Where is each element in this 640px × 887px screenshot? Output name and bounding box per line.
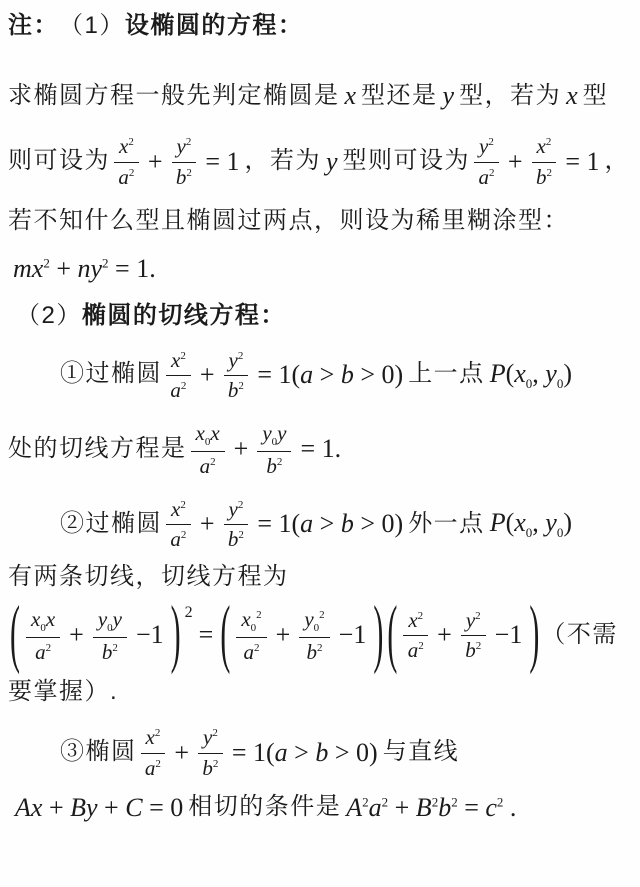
math-char: 1	[353, 620, 366, 649]
superscript: 2	[277, 456, 283, 468]
math-run: Ax + By + C = 0	[15, 790, 183, 825]
math-char: c	[485, 793, 497, 822]
math-run: =	[199, 617, 214, 652]
math-char: y	[479, 134, 488, 158]
denominator: b2	[99, 638, 121, 664]
math-char: +	[148, 147, 163, 176]
fraction: x0xa2	[191, 420, 225, 478]
math-char: −	[339, 620, 354, 649]
fraction: x02a2	[236, 606, 266, 664]
formula-tangency-condition: Ax + By + C = 0相切的条件是A2a2 + B2b2 = c2 .	[8, 790, 636, 825]
denominator: a2	[167, 376, 189, 402]
math-char: =	[257, 509, 272, 538]
math-char: .	[510, 793, 517, 822]
page: 注：（1）设椭圆的方程：求椭圆方程一般先判定椭圆是x型还是y型，若为x型则可设为…	[0, 0, 640, 887]
text-run: 相切的条件是	[188, 791, 341, 823]
math-char: (	[292, 360, 301, 389]
text-run: 处的切线方程是	[8, 433, 187, 465]
para-unknown-type: 若不知什么型且椭圆过两点，则设为稀里糊涂型：	[8, 205, 636, 237]
paren-group: (x02a2+y02b2−1)	[218, 606, 385, 664]
fraction: x2a2	[403, 607, 428, 662]
math-char: >	[360, 509, 375, 538]
numerator: y2	[461, 607, 486, 636]
fraction: y2b2	[224, 496, 249, 551]
math-char: x	[210, 421, 219, 445]
denominator: b2	[225, 525, 247, 551]
math-char: )	[395, 360, 404, 389]
math-char: x	[537, 134, 546, 158]
superscript: 2	[181, 529, 187, 541]
formula-tangent-pair: (x0xa2+y0yb2−1)2=(x02a2+y02b2−1)(x2a2+y2…	[8, 596, 636, 674]
paren-group: (x0xa2+y0yb2−1)2	[8, 606, 194, 664]
math-char: b	[228, 378, 239, 402]
math-run: +	[148, 144, 163, 179]
denominator: b2	[199, 754, 221, 780]
math-char: 1	[509, 620, 522, 649]
math-char: 1	[587, 147, 600, 176]
math-run: mx2 + ny2 = 1.	[13, 251, 156, 286]
math-char: +	[69, 620, 84, 649]
fraction: y02b2	[299, 606, 329, 664]
math-char: 1	[136, 254, 149, 283]
text-run: 要掌握）.	[8, 676, 118, 708]
fraction: x0xa2	[26, 606, 60, 664]
math-char: 1	[227, 147, 240, 176]
math-char: y	[113, 607, 122, 631]
formula-tangent-equation: 处的切线方程是x0xa2+y0yb2= 1.	[8, 412, 636, 486]
numerator: x2	[532, 133, 557, 162]
text-run: 型，若为	[459, 80, 561, 112]
fraction: x2a2	[141, 724, 166, 779]
denominator: a2	[32, 638, 54, 664]
math-char: =	[232, 738, 247, 767]
math-char: y	[443, 81, 455, 110]
superscript: 2	[212, 727, 218, 739]
superscript: 2	[186, 167, 192, 179]
text-run: 若不知什么型且椭圆过两点，则设为稀里糊涂型：	[8, 205, 569, 237]
math-char: x	[196, 421, 205, 445]
math-char: )	[369, 738, 378, 767]
math-char: a	[369, 793, 382, 822]
math-char: )	[395, 509, 404, 538]
math-char: 0	[356, 738, 369, 767]
math-char: b	[315, 738, 328, 767]
numerator: x02	[236, 606, 266, 638]
superscript: 2	[546, 136, 552, 148]
math-char: n	[78, 254, 91, 283]
formula-general-mn: mx2 + ny2 = 1.	[8, 251, 636, 286]
numerator: x2	[141, 724, 166, 753]
math-char: b	[266, 454, 277, 478]
math-char: +	[200, 509, 215, 538]
math-char: B	[416, 793, 432, 822]
superscript: 2	[155, 727, 161, 739]
math-char: >	[294, 738, 309, 767]
numerator: y2	[224, 347, 249, 376]
math-run: +	[276, 617, 291, 652]
numerator: x0x	[191, 420, 225, 452]
math-char: +	[56, 254, 71, 283]
superscript: 2	[238, 529, 244, 541]
math-char: x	[345, 81, 357, 110]
math-char: y	[326, 147, 338, 176]
math-char: y	[262, 421, 271, 445]
math-run: = 1(a > b > 0)	[257, 357, 403, 392]
superscript: 2	[317, 642, 323, 654]
math-char: =	[464, 793, 479, 822]
math-run: y	[326, 144, 338, 179]
math-char: +	[49, 793, 64, 822]
heading-note: 注：（1）设椭圆的方程：	[8, 10, 636, 42]
numerator: x2	[166, 496, 191, 525]
math-char: =	[115, 254, 130, 283]
superscript: 2	[180, 499, 186, 511]
math-char: )	[563, 359, 572, 388]
fraction: y0yb2	[257, 420, 291, 478]
denominator: a2	[142, 754, 164, 780]
right-paren-icon: )	[171, 597, 181, 674]
math-char: 0	[170, 793, 183, 822]
math-char: +	[200, 360, 215, 389]
math-char: a	[170, 527, 181, 551]
math-char: .	[335, 434, 342, 463]
superscript: 2	[128, 136, 134, 148]
denominator: b2	[303, 638, 325, 664]
math-char: a	[200, 454, 211, 478]
text-run: 型还是	[361, 80, 438, 112]
numerator: y02	[299, 606, 329, 638]
denominator: b2	[462, 636, 484, 662]
fraction: x2a2	[114, 133, 139, 188]
math-run: = 1(a > b > 0)	[232, 735, 378, 770]
math-char: y	[545, 508, 557, 537]
math-run: P(x0, y0)	[490, 356, 572, 393]
numerator: x2	[114, 133, 139, 162]
math-char: b	[102, 640, 113, 664]
math-char: +	[234, 434, 249, 463]
math-char: +	[174, 738, 189, 767]
math-char: −	[495, 620, 510, 649]
math-char: 1	[279, 509, 292, 538]
paren-group: (x2a2+y2b2−1)	[385, 607, 541, 662]
math-char: b	[306, 640, 317, 664]
math-char: P	[490, 359, 506, 388]
denominator: a2	[405, 636, 427, 662]
math-char: y	[86, 793, 98, 822]
math-run: −1	[339, 617, 367, 652]
fraction: x2a2	[166, 496, 191, 551]
denominator: a2	[197, 452, 219, 478]
denominator: a2	[240, 638, 262, 664]
math-char: 1	[253, 738, 266, 767]
math-run: = 1	[205, 144, 239, 179]
math-char: =	[205, 147, 220, 176]
math-char: .	[149, 254, 156, 283]
math-char: =	[300, 434, 315, 463]
math-char: y	[91, 254, 103, 283]
math-char: b	[341, 360, 354, 389]
math-char: x	[171, 497, 180, 521]
superscript: 2	[254, 642, 260, 654]
fraction: y2a2	[474, 133, 499, 188]
math-char: 1	[151, 620, 164, 649]
math-char: b	[202, 756, 213, 780]
formula-tangent-outside-point: ②过椭圆x2a2+y2b2= 1(a > b > 0)外一点P(x0, y0)	[8, 486, 636, 561]
math-char: x	[171, 348, 180, 372]
fraction: y2b2	[461, 607, 486, 662]
superscript: 2	[180, 350, 186, 362]
math-char: +	[508, 147, 523, 176]
math-char: B	[70, 793, 86, 822]
math-char: a	[478, 165, 489, 189]
math-char: x	[514, 508, 526, 537]
text-run: 外一点	[408, 508, 485, 540]
text-run: 求椭圆方程一般先判定椭圆是	[8, 80, 340, 112]
math-char: b	[341, 509, 354, 538]
superscript: 2	[112, 642, 118, 654]
math-char: +	[437, 620, 452, 649]
superscript: 2	[46, 642, 52, 654]
fraction: y2b2	[198, 724, 223, 779]
math-run: +	[200, 506, 215, 541]
math-char: m	[13, 254, 32, 283]
math-char: b	[438, 793, 451, 822]
superscript: 2	[181, 380, 187, 392]
math-char: >	[320, 509, 335, 538]
math-run: = 1.	[300, 431, 341, 466]
math-char: P	[490, 508, 506, 537]
denominator: b2	[173, 163, 195, 189]
text-run: 型	[583, 80, 609, 112]
superscript: 2	[238, 499, 244, 511]
denominator: b2	[263, 452, 285, 478]
superscript: 2	[155, 758, 161, 770]
fraction: y2b2	[224, 347, 249, 402]
heading-tangent: （2）椭圆的切线方程：	[8, 300, 636, 332]
math-char: y	[304, 607, 313, 631]
math-char: (	[266, 738, 275, 767]
numerator: y0y	[93, 606, 127, 638]
math-run: = 1(a > b > 0)	[257, 506, 403, 541]
text-run: （不需	[541, 619, 618, 651]
superscript: 2	[488, 136, 494, 148]
text-run: （1）	[59, 10, 125, 42]
math-char: x	[119, 134, 128, 158]
formula-x-type-y-type: 则可设为x2a2+y2b2= 1，若为y型则可设为y2a2+x2b2= 1，	[8, 123, 636, 198]
right-paren-icon: )	[529, 597, 539, 674]
subscript: 0	[251, 622, 257, 634]
math-run: x	[566, 78, 578, 113]
math-run: y	[443, 78, 455, 113]
formula-ellipse-line: ③椭圆x2a2+y2b2= 1(a > b > 0)与直线	[8, 714, 636, 789]
superscript: 2	[319, 609, 325, 621]
math-char: x	[32, 254, 44, 283]
para-type-intro: 求椭圆方程一般先判定椭圆是x型还是y型，若为x型	[8, 78, 636, 113]
fraction: y2b2	[172, 133, 197, 188]
left-paren-icon: (	[10, 597, 20, 674]
denominator: a2	[475, 163, 497, 189]
para-not-required: 要掌握）.	[8, 676, 636, 708]
math-char: x	[241, 607, 250, 631]
superscript: 2	[129, 167, 135, 179]
math-char: a	[300, 360, 313, 389]
text-run: ①过椭圆	[60, 358, 162, 390]
bold-text-run: 注：	[8, 10, 59, 42]
math-char: b	[228, 527, 239, 551]
superscript: 2	[256, 609, 262, 621]
math-char: 0	[382, 509, 395, 538]
math-char: a	[300, 509, 313, 538]
superscript: 2	[418, 640, 424, 652]
math-char: a	[145, 756, 156, 780]
denominator: a2	[115, 163, 137, 189]
math-run: +	[200, 357, 215, 392]
superscript: 2	[238, 380, 244, 392]
math-char: x	[566, 81, 578, 110]
math-char: y	[98, 607, 107, 631]
bold-text-run: 椭圆的切线方程：	[82, 300, 286, 332]
superscript: 2	[476, 640, 482, 652]
math-char: 1	[279, 360, 292, 389]
superscript: 2	[238, 350, 244, 362]
math-char: y	[229, 497, 238, 521]
math-char: (	[506, 359, 515, 388]
text-run: ②过椭圆	[60, 508, 162, 540]
math-char: x	[408, 608, 417, 632]
math-char: x	[31, 793, 43, 822]
text-run: ③椭圆	[60, 736, 137, 768]
math-char: a	[118, 165, 129, 189]
math-char: a	[243, 640, 254, 664]
math-char: +	[395, 793, 410, 822]
text-run: （2）	[16, 300, 82, 332]
math-run: −1	[136, 617, 164, 652]
superscript: 2	[210, 456, 216, 468]
para-two-tangents: 有两条切线，切线方程为	[8, 561, 636, 593]
right-paren-icon: )	[373, 597, 383, 674]
math-char: x	[46, 607, 55, 631]
superscript: 2	[475, 610, 481, 622]
math-char: 1	[322, 434, 335, 463]
math-char: (	[506, 508, 515, 537]
math-char: =	[149, 793, 164, 822]
superscript: 2	[213, 758, 219, 770]
math-run: +	[508, 144, 523, 179]
math-run: +	[437, 617, 452, 652]
math-char: −	[136, 620, 151, 649]
superscript: 2	[186, 136, 192, 148]
math-run: = 1	[565, 144, 599, 179]
math-char: y	[545, 359, 557, 388]
math-char: x	[31, 607, 40, 631]
math-char: +	[276, 620, 291, 649]
math-char: >	[335, 738, 350, 767]
math-run: x	[345, 78, 357, 113]
paren-exponent: 2	[185, 602, 193, 624]
math-char: >	[320, 360, 335, 389]
subscript: 0	[314, 622, 320, 634]
text-run: 型则可设为	[343, 145, 471, 177]
math-run: P(x0, y0)	[490, 505, 572, 542]
math-char: A	[15, 793, 31, 822]
bold-text-run: 设椭圆的方程：	[125, 10, 304, 42]
formula-tangent-on-point: ①过椭圆x2a2+y2b2= 1(a > b > 0)上一点P(x0, y0)	[8, 337, 636, 412]
math-char: (	[292, 509, 301, 538]
math-char: =	[565, 147, 580, 176]
math-char: y	[466, 608, 475, 632]
denominator: b2	[533, 163, 555, 189]
math-char: A	[346, 793, 362, 822]
math-char: y	[177, 134, 186, 158]
math-char: a	[408, 638, 419, 662]
math-run: +	[174, 735, 189, 770]
math-char: b	[465, 638, 476, 662]
math-char: C	[125, 793, 142, 822]
numerator: y2	[224, 496, 249, 525]
superscript: 2	[418, 610, 424, 622]
math-char: y	[203, 725, 212, 749]
math-char: a	[170, 378, 181, 402]
text-run: ，	[605, 145, 631, 177]
numerator: x2	[166, 347, 191, 376]
superscript: 2	[546, 167, 552, 179]
numerator: x0x	[26, 606, 60, 638]
text-run: 则可设为	[8, 145, 110, 177]
math-char: +	[104, 793, 119, 822]
numerator: y0y	[257, 420, 291, 452]
fraction: x2b2	[532, 133, 557, 188]
math-char: 0	[382, 360, 395, 389]
numerator: y2	[198, 724, 223, 753]
text-run: 有两条切线，切线方程为	[8, 561, 289, 593]
math-char: y	[277, 421, 286, 445]
text-run: 与直线	[383, 736, 460, 768]
math-char: b	[536, 165, 547, 189]
math-char: )	[563, 508, 572, 537]
numerator: y2	[172, 133, 197, 162]
math-char: x	[514, 359, 526, 388]
denominator: b2	[225, 376, 247, 402]
math-char: >	[360, 360, 375, 389]
left-paren-icon: (	[387, 597, 397, 674]
math-char: b	[176, 165, 187, 189]
superscript: 2	[489, 167, 495, 179]
math-char: x	[146, 725, 155, 749]
math-char: a	[275, 738, 288, 767]
math-char: =	[257, 360, 272, 389]
text-run: ，若为	[245, 145, 322, 177]
math-run: −1	[495, 617, 523, 652]
math-run: A2a2 + B2b2 = c2 .	[346, 790, 516, 825]
document-body: 注：（1）设椭圆的方程：求椭圆方程一般先判定椭圆是x型还是y型，若为x型则可设为…	[8, 10, 636, 825]
math-run: +	[69, 617, 84, 652]
numerator: x2	[403, 607, 428, 636]
denominator: a2	[167, 525, 189, 551]
math-run: +	[234, 431, 249, 466]
fraction: y0yb2	[93, 606, 127, 664]
left-paren-icon: (	[220, 597, 230, 674]
numerator: y2	[474, 133, 499, 162]
fraction: x2a2	[166, 347, 191, 402]
math-char: y	[229, 348, 238, 372]
math-char: a	[35, 640, 46, 664]
math-char: =	[199, 620, 214, 649]
text-run: 上一点	[408, 358, 485, 390]
